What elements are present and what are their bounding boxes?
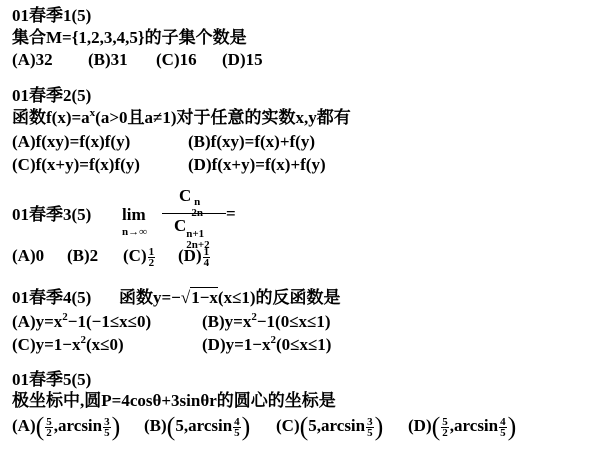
q2-stem-suffix: (a>0且a≠1)对于任意的实数x,y都有 <box>95 108 351 127</box>
q4-options-row2: (C)y=1−x2(x≤0)(D)y=1−x2(0≤x≤1) <box>12 335 331 355</box>
q5-option-a: (A)(52,arcsin35) <box>12 416 144 438</box>
q3-lim: lim <box>122 205 146 225</box>
q2-stem-prefix: 函数f(x)=a <box>12 108 90 127</box>
q4-option-d-pre: (D)y=1−x <box>202 335 270 354</box>
q2-options-row1: (A)f(xy)=f(x)f(y)(B)f(xy)=f(x)+f(y) <box>12 132 315 152</box>
q3-option-a: (A)0 <box>12 246 67 266</box>
q5-option-b: (B)(5,arcsin45) <box>144 416 276 438</box>
q3-den-base: C <box>174 216 186 235</box>
q4-option-a-post: −1(−1≤x≤0) <box>68 312 151 331</box>
q1-option-a: (A)32 <box>12 50 88 70</box>
q4-stem-b: (x≤1)的反函数是 <box>218 288 341 307</box>
q1-option-c: (C)16 <box>156 50 222 70</box>
q3-options: (A)0(B)2(C)12(D)14 <box>12 246 211 268</box>
q4-option-d-post: (0≤x≤1) <box>276 335 331 354</box>
q4-options-row1: (A)y=x2−1(−1≤x≤0)(B)y=x2−1(0≤x≤1) <box>12 312 331 332</box>
q4-option-c-post: (x≤0) <box>86 335 124 354</box>
q5-option-d-first-den: 2 <box>442 428 448 438</box>
q4-option-b-pre: (B)y=x <box>202 312 251 331</box>
q5-option-c-mid: ,arcsin <box>317 416 365 435</box>
q2-option-a: (A)f(xy)=f(x)f(y) <box>12 132 188 152</box>
q3-option-c: (C)12 <box>123 246 178 268</box>
q4-option-b-post: −1(0≤x≤1) <box>257 312 331 331</box>
q5-option-c-first: 5 <box>308 416 317 435</box>
q3-numerator: Cn2n <box>160 186 222 219</box>
q4-stem-root: 1−x <box>190 287 218 307</box>
q5-options: (A)(52,arcsin35)(B)(5,arcsin45)(C)(5,arc… <box>12 414 516 440</box>
q5-option-b-label: (B) <box>144 416 167 435</box>
q5-option-c: (C)(5,arcsin35) <box>276 416 408 438</box>
q5-option-a-den: 5 <box>104 428 110 438</box>
q4-stem-a: 函数y=− <box>119 288 181 307</box>
q4-header: 01春季4(5) <box>12 288 119 308</box>
right-paren: ) <box>375 412 384 441</box>
q4-option-c-pre: (C)y=1−x <box>12 335 80 354</box>
q5-option-d-label: (D) <box>408 416 432 435</box>
q5-option-a-mid: ,arcsin <box>54 416 102 435</box>
q3-option-d: (D)14 <box>178 246 211 268</box>
q3-num-base: C <box>179 186 191 205</box>
q3-option-d-den: 4 <box>204 258 210 268</box>
q1-option-d: (D)15 <box>222 50 263 70</box>
q3-option-d-label: (D) <box>178 246 202 265</box>
q3-option-c-label: (C) <box>123 246 147 265</box>
q3-option-d-num: 1 <box>203 247 211 258</box>
q3-option-c-num: 1 <box>148 247 156 258</box>
q2-option-c: (C)f(x+y)=f(x)f(y) <box>12 155 188 175</box>
q4-option-a: (A)y=x2−1(−1≤x≤0) <box>12 312 202 332</box>
q3-option-c-den: 2 <box>149 258 155 268</box>
q3-option-b: (B)2 <box>67 246 123 266</box>
sqrt-icon: √ <box>181 288 190 307</box>
q3-lim-sub: n→∞ <box>122 226 147 238</box>
q5-option-b-first: 5 <box>175 416 184 435</box>
left-paren: ( <box>300 412 309 441</box>
q5-option-d-mid: ,arcsin <box>450 416 498 435</box>
q3-fraction-bar <box>162 213 226 214</box>
q2-options-row2: (C)f(x+y)=f(x)f(y)(D)f(x+y)=f(x)+f(y) <box>12 155 326 175</box>
q5-option-d: (D)(52,arcsin45) <box>408 416 516 438</box>
q4-option-d: (D)y=1−x2(0≤x≤1) <box>202 335 331 355</box>
q5-option-b-mid: ,arcsin <box>184 416 232 435</box>
q3-header: 01春季3(5) <box>12 205 91 225</box>
q1-header: 01春季1(5) <box>12 6 91 26</box>
q3-equals: = <box>226 204 236 224</box>
right-paren: ) <box>242 412 251 441</box>
q4-option-b: (B)y=x2−1(0≤x≤1) <box>202 312 331 332</box>
right-paren: ) <box>112 412 121 441</box>
q1-option-b: (B)31 <box>88 50 156 70</box>
q4-header-stem: 01春季4(5)函数y=−√1−x(x≤1)的反函数是 <box>12 288 341 308</box>
q5-option-d-den: 5 <box>500 428 506 438</box>
q5-option-c-label: (C) <box>276 416 300 435</box>
q2-header: 01春季2(5) <box>12 86 91 106</box>
q5-option-a-label: (A) <box>12 416 36 435</box>
q5-stem: 极坐标中,圆P=4cosθ+3sinθr的圆心的坐标是 <box>12 391 336 411</box>
q4-option-c: (C)y=1−x2(x≤0) <box>12 335 202 355</box>
q2-option-d: (D)f(x+y)=f(x)+f(y) <box>188 155 326 175</box>
q2-option-b: (B)f(xy)=f(x)+f(y) <box>188 132 315 152</box>
q1-stem: 集合M={1,2,3,4,5}的子集个数是 <box>12 28 247 48</box>
left-paren: ( <box>432 412 441 441</box>
q2-stem: 函数f(x)=ax(a>0且a≠1)对于任意的实数x,y都有 <box>12 108 351 128</box>
left-paren: ( <box>36 412 45 441</box>
q5-option-b-den: 5 <box>234 428 240 438</box>
q4-option-a-pre: (A)y=x <box>12 312 62 331</box>
q5-header: 01春季5(5) <box>12 370 91 390</box>
q5-option-a-first-den: 2 <box>46 428 52 438</box>
q1-options: (A)32(B)31(C)16(D)15 <box>12 50 263 70</box>
right-paren: ) <box>508 412 517 441</box>
q5-option-c-den: 5 <box>367 428 373 438</box>
